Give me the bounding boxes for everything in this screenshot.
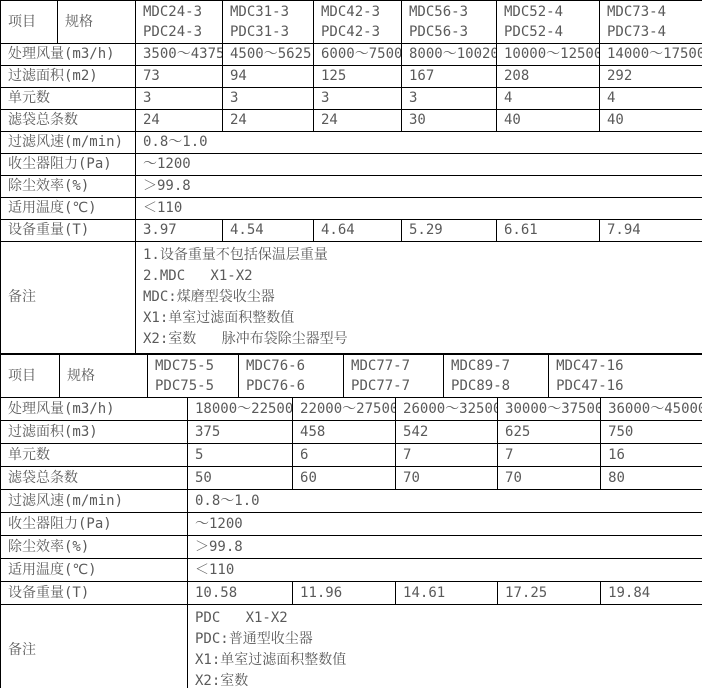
cell-value: 542: [396, 421, 498, 444]
row-label: 过滤面积(m2): [1, 66, 136, 88]
cell-value: 125: [314, 66, 402, 88]
header-row: 项目 规格 MDC24-3 PDC24-3 MDC31-3 PDC31-3 MD…: [1, 1, 702, 44]
cell-value: 24: [314, 110, 402, 132]
model-name-pdc: PDC24-3: [143, 22, 220, 42]
model-name-pdc: PDC75-5: [155, 376, 236, 396]
cell-value: 17.25: [498, 582, 601, 605]
model-name-mdc: MDC76-6: [246, 356, 341, 376]
model-header-cell: MDC89-7 PDC89-8: [444, 355, 549, 398]
row-efficiency: 除尘效率(%) ＞99.8: [1, 176, 702, 198]
row-label: 滤袋总条数: [1, 467, 188, 490]
row-label: 设备重量(T): [1, 582, 188, 605]
cell-value: 6.61: [497, 220, 600, 242]
row-remarks: 备注 PDC X1-X2 PDC:普通型收尘器 X1:单室过滤面积整数值 X2:…: [1, 605, 702, 688]
model-name-pdc: PDC76-6: [246, 376, 341, 396]
row-label: 除尘效率(%): [1, 536, 188, 559]
remark-line: 1.设备重量不包括保温层重量: [143, 245, 700, 266]
cell-value: 7: [498, 444, 601, 467]
cell-span-value: ＞99.8: [136, 176, 702, 198]
model-header-cell: MDC24-3 PDC24-3: [136, 1, 223, 44]
model-name-mdc: MDC52-4: [504, 2, 597, 22]
cell-value: 4: [600, 88, 702, 110]
model-name-pdc: PDC73-4: [607, 22, 700, 42]
cell-value: 10.58: [188, 582, 293, 605]
cell-value: 60: [293, 467, 396, 490]
item-header-cell: 项目: [1, 1, 58, 44]
remark-line: MDC:煤磨型袋收尘器: [143, 287, 700, 308]
row-filter-area: 过滤面积(m3) 375 458 542 625 750: [1, 421, 702, 444]
remarks-content: PDC X1-X2 PDC:普通型收尘器 X1:单室过滤面积整数值 X2:室数: [188, 605, 702, 688]
remark-line: X2:室数 脉冲布袋除尘器型号: [143, 329, 700, 350]
model-header-cell: MDC56-3 PDC56-3: [402, 1, 497, 44]
model-name-pdc: PDC31-3: [230, 22, 311, 42]
row-units: 单元数 5 6 7 7 16: [1, 444, 702, 467]
row-temperature: 适用温度(℃) ＜110: [1, 559, 702, 582]
model-header-cell: MDC42-3 PDC42-3: [314, 1, 402, 44]
cell-value: 3: [314, 88, 402, 110]
cell-value: 16: [601, 444, 702, 467]
cell-value: 19.84: [601, 582, 702, 605]
cell-span-value: ＜110: [188, 559, 702, 582]
model-name-pdc: PDC42-3: [321, 22, 399, 42]
row-label: 过滤面积(m3): [1, 421, 188, 444]
spec-table-2: 项目 规格 MDC75-5 PDC75-5 MDC76-6 PDC76-6 MD…: [0, 354, 702, 688]
row-resistance: 收尘器阻力(Pa) ～1200: [1, 154, 702, 176]
cell-value: 292: [600, 66, 702, 88]
cell-value: 94: [223, 66, 314, 88]
cell-value: 73: [136, 66, 223, 88]
cell-value: 40: [497, 110, 600, 132]
row-label: 单元数: [1, 88, 136, 110]
row-airflow: 处理风量(m3/h) 3500～4375 4500～5625 6000～7500…: [1, 44, 702, 66]
cell-value: 167: [402, 66, 497, 88]
row-label: 过滤风速(m/min): [1, 490, 188, 513]
remarks-label: 备注: [1, 605, 188, 688]
model-name-mdc: MDC89-7: [451, 356, 546, 376]
row-weight: 设备重量(T) 3.97 4.54 4.64 5.29 6.61 7.94: [1, 220, 702, 242]
model-header-cell: MDC77-7 PDC77-7: [344, 355, 444, 398]
model-name-pdc: PDC47-16: [556, 376, 700, 396]
cell-span-value: ～1200: [136, 154, 702, 176]
row-filter-velocity: 过滤风速(m/min) 0.8～1.0: [1, 132, 702, 154]
cell-value: 7: [396, 444, 498, 467]
cell-value: 40: [600, 110, 702, 132]
row-temperature: 适用温度(℃) ＜110: [1, 198, 702, 220]
row-filter-velocity: 过滤风速(m/min) 0.8～1.0: [1, 490, 702, 513]
model-name-mdc: MDC75-5: [155, 356, 236, 376]
model-name-mdc: MDC47-16: [556, 356, 700, 376]
row-label: 处理风量(m3/h): [1, 398, 188, 421]
cell-span-value: ～1200: [188, 513, 702, 536]
row-resistance: 收尘器阻力(Pa) ～1200: [1, 513, 702, 536]
cell-value: 3: [136, 88, 223, 110]
model-name-mdc: MDC31-3: [230, 2, 311, 22]
model-name-mdc: MDC73-4: [607, 2, 700, 22]
header-row: 项目 规格 MDC75-5 PDC75-5 MDC76-6 PDC76-6 MD…: [1, 355, 702, 398]
cell-value: 80: [601, 467, 702, 490]
row-bag-count: 滤袋总条数 50 60 70 70 80: [1, 467, 702, 490]
row-label: 过滤风速(m/min): [1, 132, 136, 154]
cell-value: 208: [497, 66, 600, 88]
model-name-pdc: PDC77-7: [351, 376, 441, 396]
model-header-cell: MDC31-3 PDC31-3: [223, 1, 314, 44]
remarks-label: 备注: [1, 242, 136, 354]
cell-value: 4: [497, 88, 600, 110]
cell-value: 70: [396, 467, 498, 490]
row-weight: 设备重量(T) 10.58 11.96 14.61 17.25 19.84: [1, 582, 702, 605]
remark-line: PDC X1-X2: [195, 608, 700, 629]
spec-table-1: 项目 规格 MDC24-3 PDC24-3 MDC31-3 PDC31-3 MD…: [0, 0, 702, 354]
cell-value: 14.61: [396, 582, 498, 605]
cell-value: 26000～32500: [396, 398, 498, 421]
cell-value: 7.94: [600, 220, 702, 242]
cell-value: 750: [601, 421, 702, 444]
cell-value: 3: [223, 88, 314, 110]
remark-line: X1:单室过滤面积整数值: [195, 650, 700, 671]
cell-value: 24: [223, 110, 314, 132]
cell-span-value: 0.8～1.0: [136, 132, 702, 154]
cell-value: 11.96: [293, 582, 396, 605]
cell-value: 22000～27500: [293, 398, 396, 421]
remark-line: 2.MDC X1-X2: [143, 266, 700, 287]
cell-span-value: ＞99.8: [188, 536, 702, 559]
cell-value: 3.97: [136, 220, 223, 242]
cell-value: 6000～7500: [314, 44, 402, 66]
row-label: 收尘器阻力(Pa): [1, 513, 188, 536]
model-name-pdc: PDC89-8: [451, 376, 546, 396]
row-remarks: 备注 1.设备重量不包括保温层重量 2.MDC X1-X2 MDC:煤磨型袋收尘…: [1, 242, 702, 354]
model-name-pdc: PDC56-3: [409, 22, 494, 42]
cell-span-value: ＜110: [136, 198, 702, 220]
model-header-cell: MDC73-4 PDC73-4: [600, 1, 702, 44]
remark-line: X1:单室过滤面积整数值: [143, 308, 700, 329]
row-filter-area: 过滤面积(m2) 73 94 125 167 208 292: [1, 66, 702, 88]
model-name-mdc: MDC24-3: [143, 2, 220, 22]
cell-value: 70: [498, 467, 601, 490]
row-label: 单元数: [1, 444, 188, 467]
cell-value: 3500～4375: [136, 44, 223, 66]
model-name-mdc: MDC42-3: [321, 2, 399, 22]
row-label: 除尘效率(%): [1, 176, 136, 198]
cell-value: 375: [188, 421, 293, 444]
cell-value: 30: [402, 110, 497, 132]
model-header-cell: MDC52-4 PDC52-4: [497, 1, 600, 44]
model-name-mdc: MDC56-3: [409, 2, 494, 22]
model-name-mdc: MDC77-7: [351, 356, 441, 376]
remarks-content: 1.设备重量不包括保温层重量 2.MDC X1-X2 MDC:煤磨型袋收尘器 X…: [136, 242, 702, 354]
cell-value: 6: [293, 444, 396, 467]
cell-value: 4500～5625: [223, 44, 314, 66]
row-efficiency: 除尘效率(%) ＞99.8: [1, 536, 702, 559]
row-bag-count: 滤袋总条数 24 24 24 30 40 40: [1, 110, 702, 132]
cell-value: 3: [402, 88, 497, 110]
cell-value: 458: [293, 421, 396, 444]
row-units: 单元数 3 3 3 3 4 4: [1, 88, 702, 110]
remark-line: PDC:普通型收尘器: [195, 629, 700, 650]
cell-value: 5: [188, 444, 293, 467]
row-label: 适用温度(℃): [1, 559, 188, 582]
cell-value: 4.64: [314, 220, 402, 242]
row-label: 收尘器阻力(Pa): [1, 154, 136, 176]
cell-value: 5.29: [402, 220, 497, 242]
row-label: 设备重量(T): [1, 220, 136, 242]
row-label: 滤袋总条数: [1, 110, 136, 132]
item-header-cell: 项目: [1, 355, 60, 398]
cell-value: 10000～12500: [497, 44, 600, 66]
cell-value: 625: [498, 421, 601, 444]
cell-value: 50: [188, 467, 293, 490]
model-header-cell: MDC75-5 PDC75-5: [148, 355, 239, 398]
cell-value: 18000～22500: [188, 398, 293, 421]
cell-value: 24: [136, 110, 223, 132]
cell-value: 30000～37500: [498, 398, 601, 421]
row-label: 处理风量(m3/h): [1, 44, 136, 66]
remark-line: X2:室数: [195, 671, 700, 688]
model-name-pdc: PDC52-4: [504, 22, 597, 42]
row-airflow: 处理风量(m3/h) 18000～22500 22000～27500 26000…: [1, 398, 702, 421]
spec-header-cell: 规格: [60, 355, 148, 398]
cell-span-value: 0.8～1.0: [188, 490, 702, 513]
row-label: 适用温度(℃): [1, 198, 136, 220]
model-header-cell: MDC47-16 PDC47-16: [549, 355, 702, 398]
cell-value: 36000～45000: [601, 398, 702, 421]
spec-header-cell: 规格: [58, 1, 136, 44]
model-header-cell: MDC76-6 PDC76-6: [239, 355, 344, 398]
cell-value: 4.54: [223, 220, 314, 242]
cell-value: 14000～17500: [600, 44, 702, 66]
cell-value: 8000～10020: [402, 44, 497, 66]
